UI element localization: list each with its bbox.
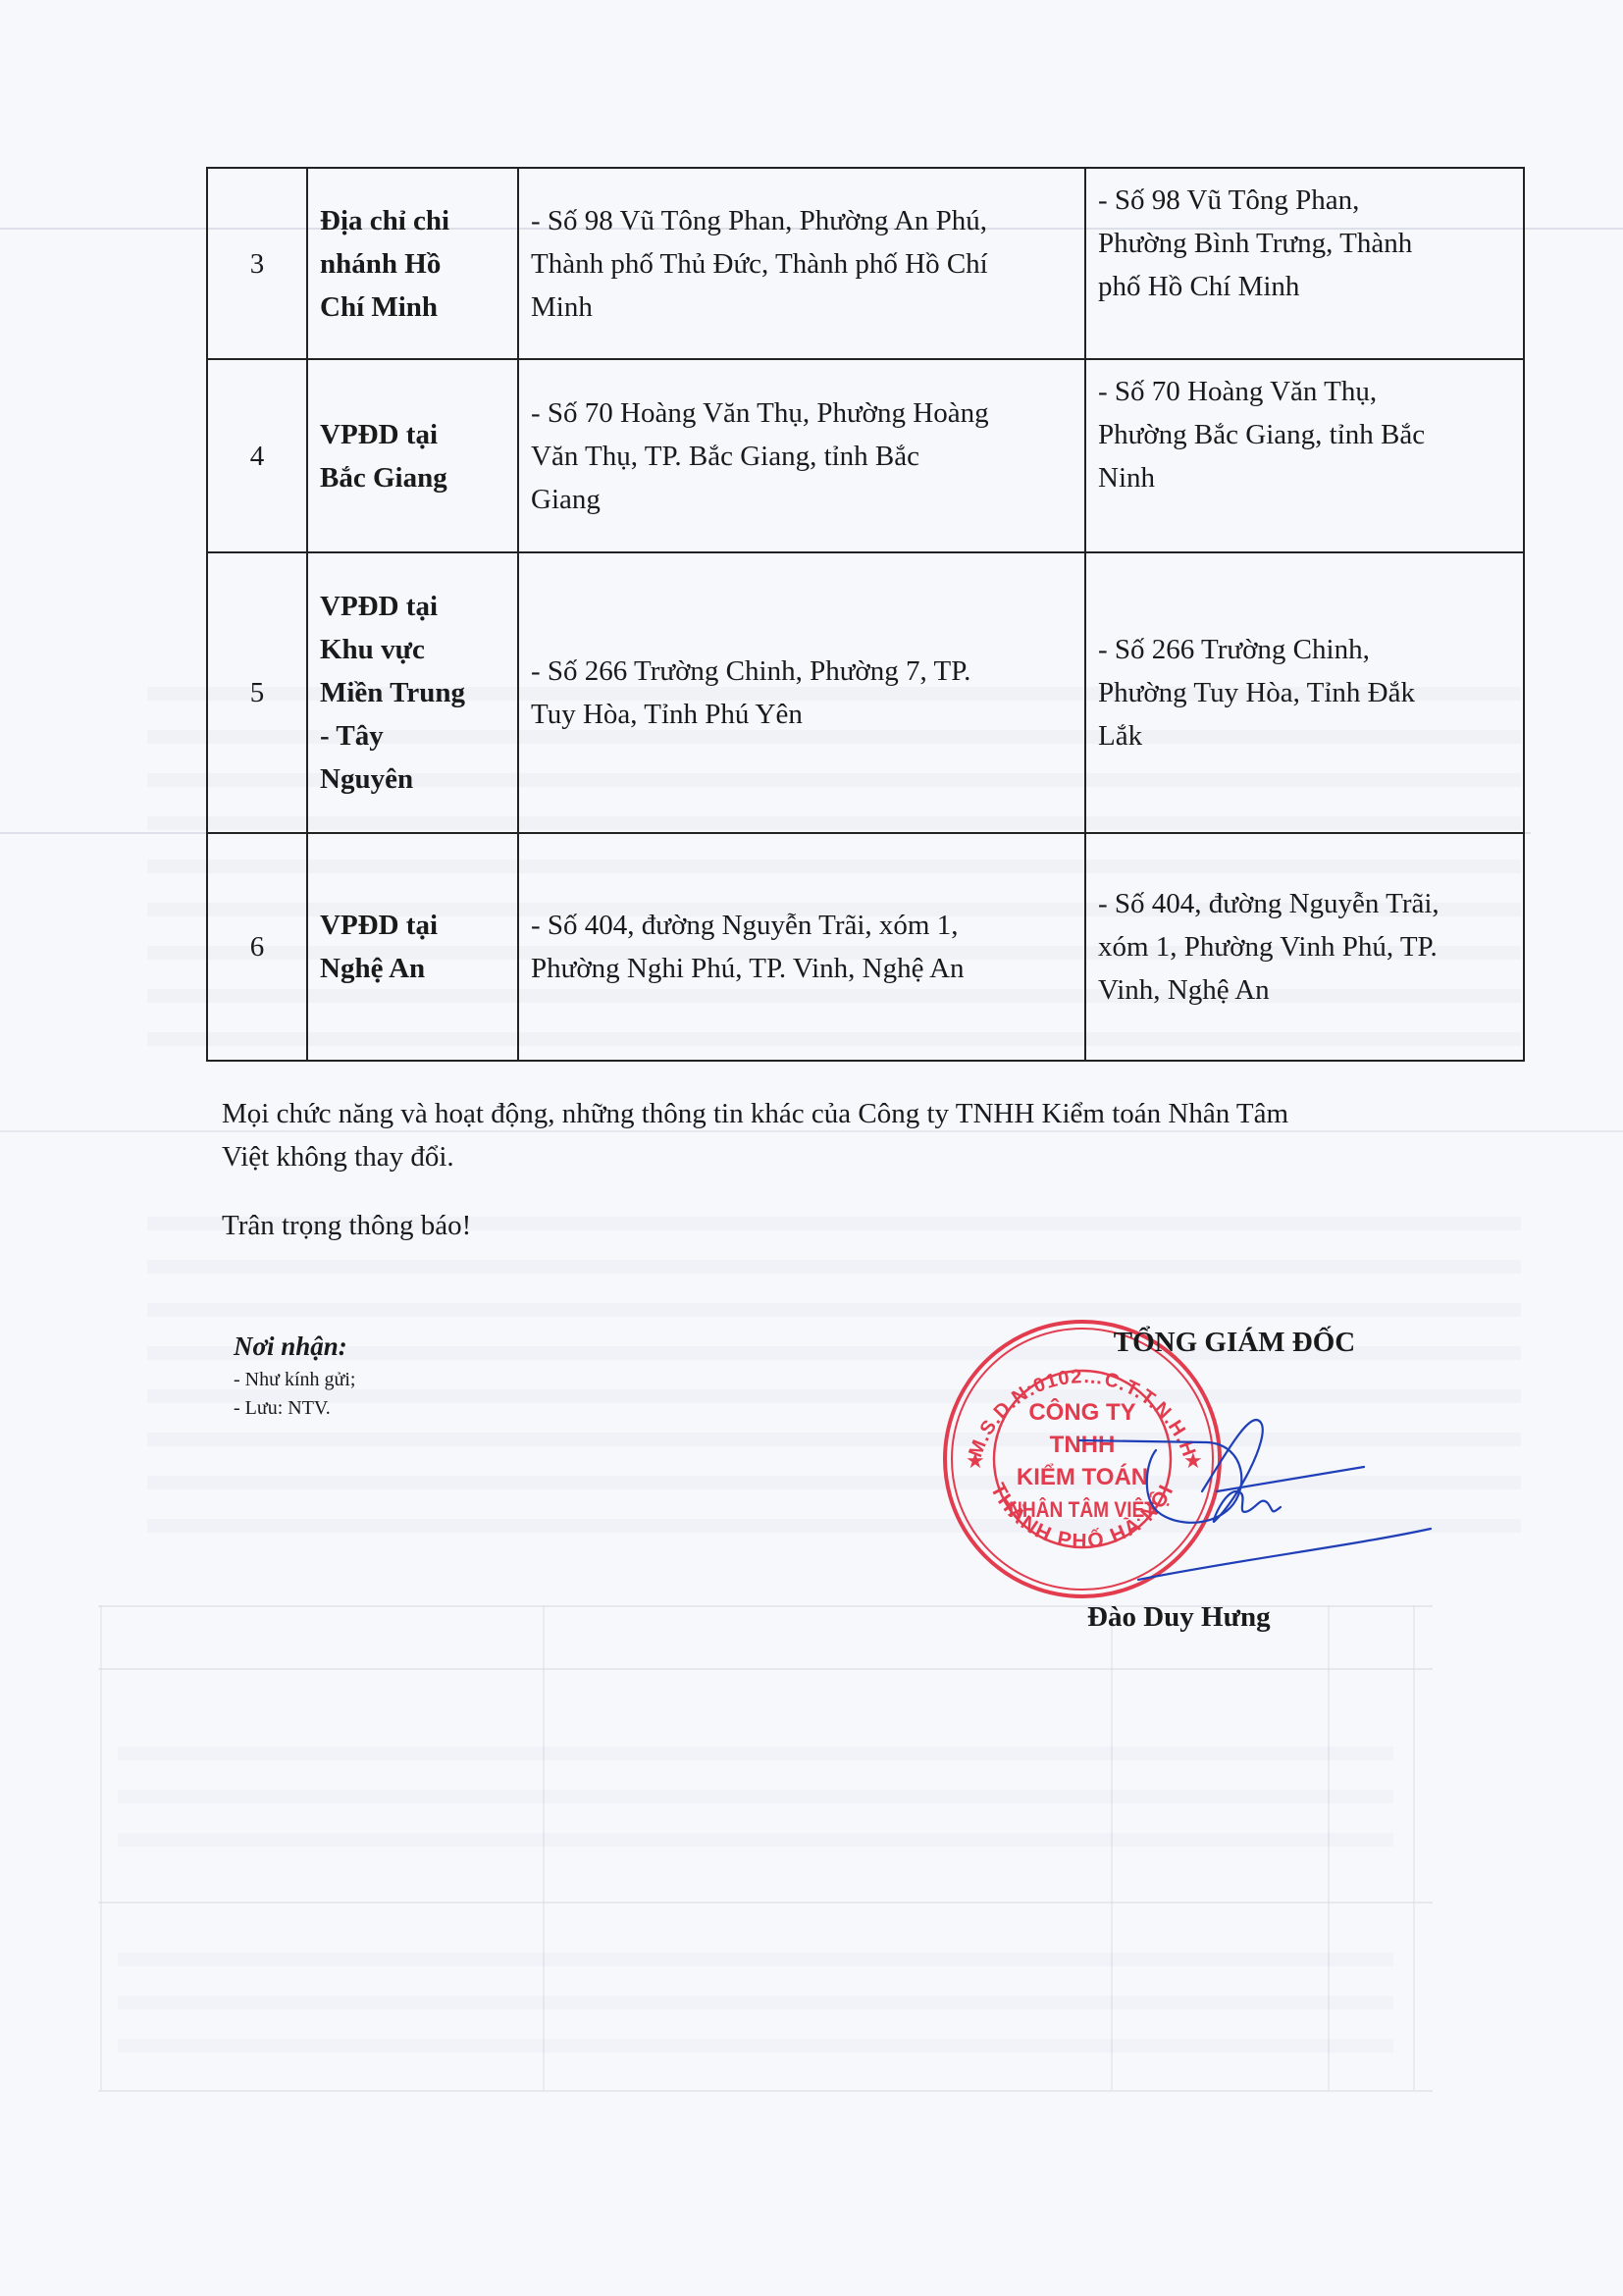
new-address-cell-line: Phường Bình Trưng, Thành <box>1098 222 1511 265</box>
table-row: 4VPĐD tạiBắc Giang- Số 70 Hoàng Văn Thụ,… <box>207 359 1524 552</box>
bleed-through-text <box>118 1953 1393 2061</box>
content-label-cell: VPĐD tạiKhu vựcMiền Trung- TâyNguyên <box>307 552 518 833</box>
signatory-title: TỔNG GIÁM ĐỐC <box>1087 1323 1382 1362</box>
new-address-cell-line: phố Hồ Chí Minh <box>1098 265 1511 308</box>
svg-text:★: ★ <box>966 1449 985 1474</box>
recipient-item: - Lưu: NTV. <box>234 1394 355 1423</box>
address-change-table: 3Địa chỉ chinhánh HồChí Minh- Số 98 Vũ T… <box>206 167 1525 1062</box>
content-label-cell: Địa chỉ chinhánh HồChí Minh <box>307 168 518 359</box>
handwritten-signature <box>1040 1413 1433 1609</box>
old-address-cell-line: - Số 98 Vũ Tông Phan, Phường An Phú, <box>531 199 1073 242</box>
content-label-cell-line: Khu vực <box>320 628 505 671</box>
new-address-cell-line: Ninh <box>1098 456 1511 499</box>
body-paragraph: Mọi chức năng và hoạt động, những thông … <box>222 1092 1527 1178</box>
recipient-item: - Như kính gửi; <box>234 1366 355 1394</box>
content-label-cell: VPĐD tạiNghệ An <box>307 833 518 1061</box>
bleed-through-table-border <box>1413 1605 1415 2090</box>
content-label-cell-line: nhánh Hồ <box>320 242 505 286</box>
old-address-cell: - Số 70 Hoàng Văn Thụ, Phường HoàngVăn T… <box>518 359 1085 552</box>
new-address-cell-line: - Số 266 Trường Chinh, <box>1098 628 1511 671</box>
new-address-cell-line: - Số 404, đường Nguyễn Trãi, <box>1098 882 1511 925</box>
new-address-cell-line: Vinh, Nghệ An <box>1098 968 1511 1012</box>
new-address-cell-line: Lắk <box>1098 714 1511 757</box>
old-address-cell-line: Văn Thụ, TP. Bắc Giang, tỉnh Bắc <box>531 435 1073 478</box>
new-address-cell: - Số 266 Trường Chinh,Phường Tuy Hòa, Tỉ… <box>1085 552 1524 833</box>
bleed-through-table-border <box>98 1902 1433 1904</box>
new-address-cell: - Số 70 Hoàng Văn Thụ,Phường Bắc Giang, … <box>1085 359 1524 552</box>
content-label-cell: VPĐD tạiBắc Giang <box>307 359 518 552</box>
new-address-cell-line: Phường Bắc Giang, tỉnh Bắc <box>1098 413 1511 456</box>
table-row: 5VPĐD tạiKhu vựcMiền Trung- TâyNguyên- S… <box>207 552 1524 833</box>
content-label-cell-line: Chí Minh <box>320 286 505 329</box>
old-address-cell: - Số 266 Trường Chinh, Phường 7, TP.Tuy … <box>518 552 1085 833</box>
content-label-cell-line: VPĐD tại <box>320 585 505 628</box>
new-address-cell-line: - Số 70 Hoàng Văn Thụ, <box>1098 370 1511 413</box>
old-address-cell-line: - Số 266 Trường Chinh, Phường 7, TP. <box>531 650 1073 693</box>
bleed-through-text <box>118 1747 1393 1864</box>
old-address-cell-line: - Số 404, đường Nguyễn Trãi, xóm 1, <box>531 904 1073 947</box>
content-label-cell-line: Địa chỉ chi <box>320 199 505 242</box>
stt-cell: 5 <box>207 552 307 833</box>
old-address-cell: - Số 98 Vũ Tông Phan, Phường An Phú,Thàn… <box>518 168 1085 359</box>
new-address-cell: - Số 404, đường Nguyễn Trãi,xóm 1, Phườn… <box>1085 833 1524 1061</box>
content-label-cell-line: VPĐD tại <box>320 904 505 947</box>
content-label-cell-line: - Tây <box>320 714 505 757</box>
old-address-cell-line: Minh <box>531 286 1073 329</box>
closing-line: Trân trọng thông báo! <box>222 1204 1527 1247</box>
content-label-cell-line: Bắc Giang <box>320 456 505 499</box>
body-line: Mọi chức năng và hoạt động, những thông … <box>222 1092 1527 1135</box>
content-label-cell-line: VPĐD tại <box>320 413 505 456</box>
document-page: 3Địa chỉ chinhánh HồChí Minh- Số 98 Vũ T… <box>0 0 1623 2296</box>
content-label-cell-line: Nguyên <box>320 757 505 801</box>
old-address-cell-line: Giang <box>531 478 1073 521</box>
old-address-cell: - Số 404, đường Nguyễn Trãi, xóm 1,Phườn… <box>518 833 1085 1061</box>
content-label-cell-line: Miền Trung <box>320 671 505 714</box>
new-address-cell: - Số 98 Vũ Tông Phan,Phường Bình Trưng, … <box>1085 168 1524 359</box>
new-address-cell-line: Phường Tuy Hòa, Tỉnh Đắk <box>1098 671 1511 714</box>
stt-cell: 3 <box>207 168 307 359</box>
table-row: 6VPĐD tạiNghệ An- Số 404, đường Nguyễn T… <box>207 833 1524 1061</box>
recipients-title: Nơi nhận: <box>234 1327 355 1366</box>
bleed-through-table-border <box>100 1605 102 2090</box>
old-address-cell-line: Phường Nghi Phú, TP. Vinh, Nghệ An <box>531 947 1073 990</box>
stt-cell: 6 <box>207 833 307 1061</box>
stt-cell: 4 <box>207 359 307 552</box>
new-address-cell-line: xóm 1, Phường Vinh Phú, TP. <box>1098 925 1511 968</box>
content-label-cell-line: Nghệ An <box>320 947 505 990</box>
bleed-through-table-border <box>98 2090 1433 2092</box>
old-address-cell-line: Tuy Hòa, Tỉnh Phú Yên <box>531 693 1073 736</box>
old-address-cell-line: Thành phố Thủ Đức, Thành phố Hồ Chí <box>531 242 1073 286</box>
bleed-through-table-border <box>98 1668 1433 1670</box>
body-line: Việt không thay đổi. <box>222 1135 1527 1178</box>
recipients-block: Nơi nhận: - Như kính gửi; - Lưu: NTV. <box>234 1327 355 1423</box>
table-row: 3Địa chỉ chinhánh HồChí Minh- Số 98 Vũ T… <box>207 168 1524 359</box>
old-address-cell-line: - Số 70 Hoàng Văn Thụ, Phường Hoàng <box>531 391 1073 435</box>
new-address-cell-line: - Số 98 Vũ Tông Phan, <box>1098 179 1511 222</box>
